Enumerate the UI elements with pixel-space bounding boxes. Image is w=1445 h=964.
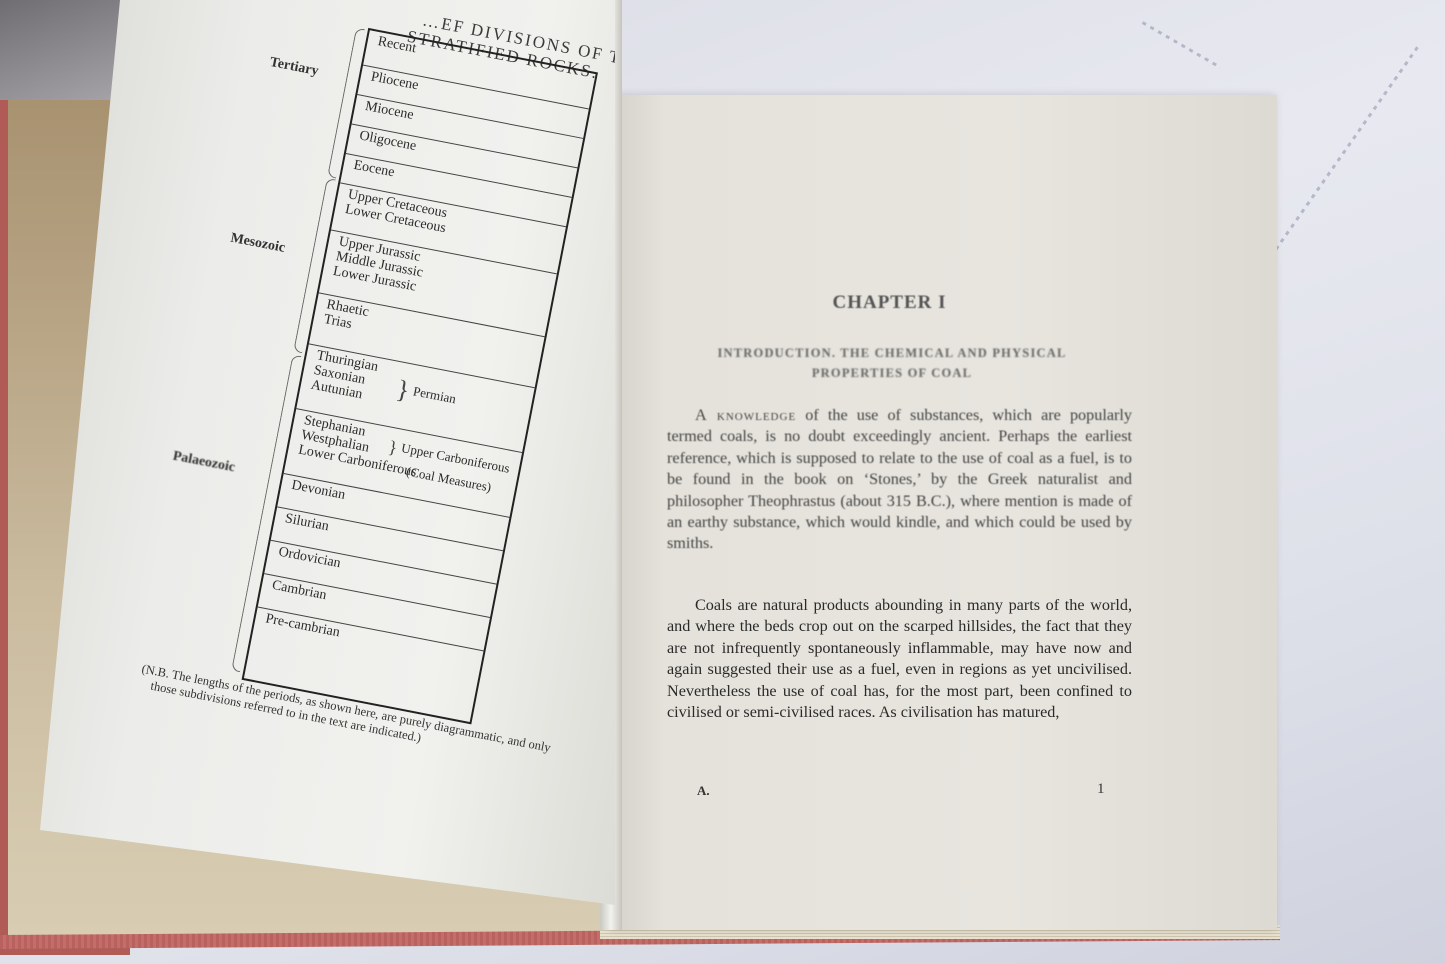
era-label-tertiary: Tertiary (268, 55, 319, 80)
page-number: 1 (1097, 781, 1105, 798)
chapter-subtitle: INTRODUCTION. THE CHEMICAL AND PHYSICAL … (682, 343, 1102, 383)
background-shadow (0, 0, 120, 110)
paragraph-2: Coals are natural products abounding in … (667, 595, 1132, 723)
era-label-mesozoic: Mesozoic (229, 231, 286, 257)
cloth-hem-stitching (1142, 21, 1221, 69)
left-page: …EF DIVISIONS OF THE STRATIFIED ROCKS. T… (40, 0, 615, 905)
strata-diagram: …EF DIVISIONS OF THE STRATIFIED ROCKS. T… (99, 0, 660, 810)
paragraph-1: A knowledge of the use of substances, wh… (667, 405, 1132, 555)
era-label-palaeozoic: Palaeozoic (171, 449, 236, 477)
chapter-title: CHAPTER I (612, 292, 1167, 314)
signature-mark: A. (697, 783, 710, 799)
paragraph-lead: A knowledge (695, 406, 796, 424)
